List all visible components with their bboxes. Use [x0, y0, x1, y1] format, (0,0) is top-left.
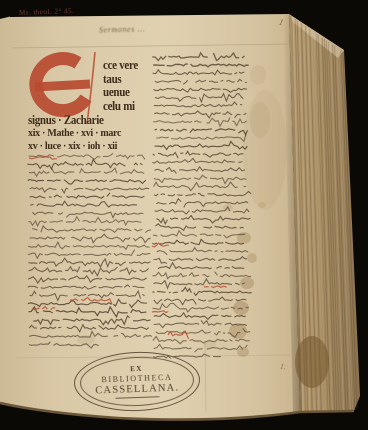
manuscript-photo: Ms. theol. 2° 45. Sermones … 1 1. cce ve… — [0, 0, 368, 430]
parchment-stain — [250, 65, 266, 85]
parchment-stain — [240, 277, 254, 289]
parchment-stain — [247, 253, 257, 263]
parchment-stain — [295, 336, 329, 388]
incipit-line: xv · luce · xix · ioh · xii — [28, 140, 117, 152]
incipit-line: cce vere — [103, 59, 138, 72]
header-inscription: Sermones … — [99, 24, 145, 34]
stamp-line-cassellana: CASSELLANA. — [95, 382, 179, 396]
stamp-line-ex: EX — [130, 365, 143, 373]
incipit-line: taus — [103, 73, 121, 86]
incipit-line: xix · Mathe · xvi · marc — [28, 127, 121, 139]
stamp-underline — [116, 396, 160, 399]
margin-mark: 1. — [280, 362, 287, 372]
incipit-line: uenue — [103, 86, 130, 99]
incipit-line: celu mi — [103, 100, 135, 113]
parchment-stain — [237, 347, 249, 357]
incipit-line: signus · Zacharie — [28, 114, 104, 127]
library-stamp-inner-ring: EX BIBLIOTHECA CASSELLANA. — [79, 355, 195, 408]
